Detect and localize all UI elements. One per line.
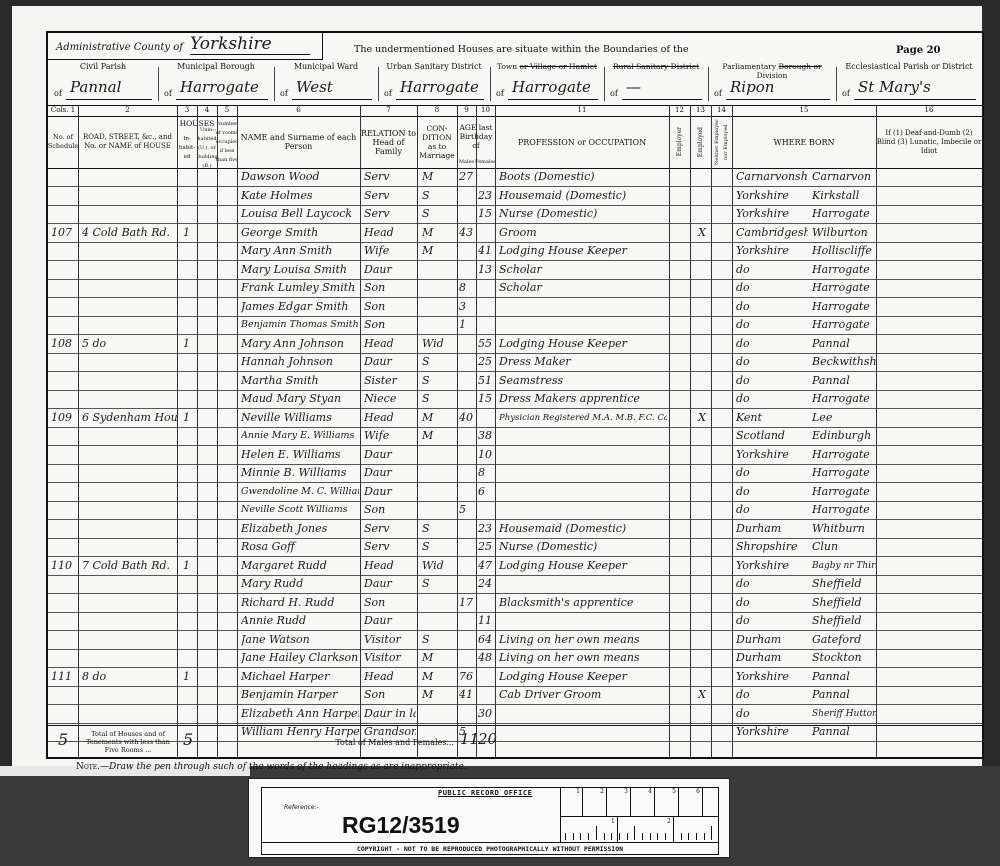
birth-county: do	[736, 279, 808, 297]
birth-place: Wilburton	[812, 224, 876, 242]
table-row: Mary Louisa SmithDaur13ScholardoHarrogat…	[48, 261, 982, 280]
occupation: Cab Driver Groom	[499, 686, 667, 704]
age-female	[478, 668, 495, 686]
schedule-number	[51, 316, 77, 334]
birth-place: Clun	[812, 538, 876, 556]
ruler-tick	[665, 833, 666, 840]
relation: Wife	[364, 242, 416, 260]
divider	[604, 67, 605, 101]
header-occupation: PROFESSION or OCCUPATION	[495, 116, 669, 168]
relation: Visitor	[364, 649, 416, 667]
relation: Daur	[364, 483, 416, 501]
employed-mark	[694, 501, 710, 519]
grid-line	[237, 105, 238, 757]
age-female	[478, 279, 495, 297]
table-row: 1096 Sydenham House1Neville WilliamsHead…	[48, 409, 982, 428]
birth-county: Kent	[736, 409, 808, 427]
birth-county: Yorkshire	[736, 668, 808, 686]
occupation	[499, 705, 667, 723]
inhabited-count: 1	[183, 224, 195, 242]
house-address	[82, 187, 177, 205]
person-name: Richard H. Rudd	[241, 594, 359, 612]
schedule-number: 107	[51, 224, 77, 242]
age-male: 3	[459, 298, 476, 316]
divider	[274, 67, 275, 101]
schedule-number	[51, 705, 77, 723]
person-name: Rosa Goff	[241, 538, 359, 556]
birth-place: Lee	[812, 409, 876, 427]
relation: Sister	[364, 372, 416, 390]
birth-county: Scotland	[736, 427, 808, 445]
age-female	[478, 168, 495, 186]
inhabited-count	[183, 483, 195, 501]
house-address	[82, 298, 177, 316]
inhabited-count	[183, 446, 195, 464]
person-name: Margaret Rudd	[241, 557, 359, 575]
county-value: Yorkshire	[190, 34, 310, 55]
grid-line	[476, 105, 477, 757]
ruler-tick	[604, 833, 605, 840]
birth-county: do	[736, 464, 808, 482]
birth-place: Sheffield	[812, 594, 876, 612]
district-3: Urban Sanitary DistrictofHarrogate	[378, 59, 490, 105]
relation: Serv	[364, 187, 416, 205]
employed-mark	[694, 446, 710, 464]
birth-place: Pannal	[812, 335, 876, 353]
age-male	[459, 187, 476, 205]
column-number: 2	[78, 106, 177, 114]
header-females: Females	[476, 156, 495, 168]
birth-county: Carnarvonshire	[736, 168, 808, 186]
birth-county: do	[736, 353, 808, 371]
column-number: 8	[417, 106, 457, 114]
marital-condition: M	[422, 668, 456, 686]
person-name: Jane Watson	[241, 631, 359, 649]
age-male	[459, 575, 476, 593]
schedule-number	[51, 464, 77, 482]
table-row: Louisa Bell LaycockServS15Nurse (Domesti…	[48, 205, 982, 224]
ruler-tick	[681, 833, 682, 840]
inhabited-count	[183, 298, 195, 316]
schedule-number: 109	[51, 409, 77, 427]
person-name: Mary Louisa Smith	[241, 261, 359, 279]
county-box: Administrative County of Yorkshire	[48, 33, 323, 60]
age-female: 15	[478, 390, 495, 408]
age-female: 11	[478, 612, 495, 630]
of-label: of	[384, 89, 392, 98]
header-road: ROAD, STREET, &c., and No. or NAME of HO…	[78, 116, 177, 168]
age-female: 47	[478, 557, 495, 575]
census-form: Administrative County of Yorkshire The u…	[46, 31, 984, 759]
table-row: Minnie B. WilliamsDaur8doHarrogate	[48, 464, 982, 483]
house-address	[82, 483, 177, 501]
district-1: Municipal BoroughofHarrogate	[158, 59, 274, 105]
table-row: Maud Mary StyanNieceS15Dress Makers appr…	[48, 390, 982, 409]
schedule-number: 108	[51, 335, 77, 353]
birth-place: Pannal	[812, 372, 876, 390]
ruler-tick	[627, 833, 628, 840]
age-female: 15	[478, 205, 495, 223]
marital-condition: S	[422, 187, 456, 205]
birth-county: do	[736, 335, 808, 353]
birth-place: Kirkstall	[812, 187, 876, 205]
relation: Serv	[364, 168, 416, 186]
header-name: NAME and Surname of each Person	[237, 116, 360, 168]
relation: Daur	[364, 446, 416, 464]
marital-condition: S	[422, 520, 456, 538]
relation: Son	[364, 298, 416, 316]
header-inhabited: In-habit-ed	[177, 128, 197, 168]
relation: Daur	[364, 612, 416, 630]
house-address	[82, 594, 177, 612]
occupation: Living on her own means	[499, 649, 667, 667]
header-uninhabited: Unin-habited (U.), or Building (B.)	[197, 128, 217, 168]
district-title: Urban Sanitary District	[378, 62, 490, 71]
table-row: Richard H. RuddSon17Blacksmith's apprent…	[48, 594, 982, 613]
county-label: Administrative County of	[56, 42, 183, 53]
occupation: Seamstress	[499, 372, 667, 390]
occupation: Lodging House Keeper	[499, 668, 667, 686]
district-headers: Civil ParishofPannalMunicipal BoroughofH…	[48, 59, 982, 106]
birth-county: Durham	[736, 631, 808, 649]
marital-condition: M	[422, 168, 456, 186]
employed-mark	[694, 187, 710, 205]
marital-condition: S	[422, 575, 456, 593]
occupation	[499, 427, 667, 445]
age-male	[459, 427, 476, 445]
ruler-tick	[596, 826, 597, 840]
occupation: Nurse (Domestic)	[499, 205, 667, 223]
district-title: Municipal Borough	[158, 62, 274, 71]
house-address	[82, 205, 177, 223]
column-number: 14	[711, 106, 732, 114]
table-row: Mary Ann SmithWifeM41Lodging House Keepe…	[48, 242, 982, 261]
schedule-number	[51, 520, 77, 538]
employed-mark	[694, 464, 710, 482]
age-male: 43	[459, 224, 476, 242]
person-name: Michael Harper	[241, 668, 359, 686]
employed-mark	[694, 631, 710, 649]
grid-line	[711, 105, 712, 757]
house-address	[82, 279, 177, 297]
person-name: Kate Holmes	[241, 187, 359, 205]
header-employed: Employed	[690, 116, 711, 168]
divider	[490, 67, 491, 101]
schedule-number	[51, 538, 77, 556]
house-address	[82, 686, 177, 704]
grid-line	[876, 105, 877, 757]
person-name: Minnie B. Williams	[241, 464, 359, 482]
person-name: Jane Hailey Clarkson	[241, 649, 359, 667]
ruler-tick	[696, 833, 697, 840]
grid-line	[360, 105, 361, 757]
marital-condition: S	[422, 631, 456, 649]
birth-county: do	[736, 705, 808, 723]
house-address	[82, 538, 177, 556]
table-row: Martha SmithSisterS51SeamstressdoPannal	[48, 372, 982, 391]
relation: Head	[364, 335, 416, 353]
occupation: Lodging House Keeper	[499, 335, 667, 353]
district-title: Town or Village or Hamlet	[490, 62, 604, 71]
table-row: Jane WatsonVisitorS64Living on her own m…	[48, 631, 982, 650]
district-2: Municipal WardofWest	[274, 59, 378, 105]
employed-mark	[694, 372, 710, 390]
person-name: Hannah Johnson	[241, 353, 359, 371]
age-male	[459, 612, 476, 630]
marital-condition	[422, 464, 456, 482]
district-value: Ripon	[726, 78, 830, 100]
relation: Daur	[364, 464, 416, 482]
column-number: 15	[732, 106, 876, 114]
marital-condition: M	[422, 242, 456, 260]
ruler-tick	[650, 833, 651, 840]
ruler-inch-mark: 2	[667, 818, 671, 825]
birth-county: do	[736, 483, 808, 501]
birth-place: Bagby nr Thirsk	[812, 557, 876, 575]
table-row: James Edgar SmithSon3doHarrogate	[48, 298, 982, 317]
age-female: 25	[478, 538, 495, 556]
schedule-number: 110	[51, 557, 77, 575]
occupation: Lodging House Keeper	[499, 242, 667, 260]
header-neither: Neither Employer nor Employed	[711, 116, 732, 168]
inhabited-count: 1	[183, 335, 195, 353]
age-female: 23	[478, 187, 495, 205]
person-name: Gwendoline M. C. Williams	[241, 483, 359, 501]
birth-place: Sheffield	[812, 575, 876, 593]
person-name: Benjamin Thomas Smith	[241, 316, 359, 334]
age-male: 8	[459, 279, 476, 297]
person-name: Mary Ann Johnson	[241, 335, 359, 353]
marital-condition: S	[422, 372, 456, 390]
occupation: Groom	[499, 224, 667, 242]
occupation: Dress Makers apprentice	[499, 390, 667, 408]
table-row: Rosa GoffServS25Nurse (Domestic)Shropshi…	[48, 538, 982, 557]
employed-mark	[694, 390, 710, 408]
birth-place: Holliscliffe	[812, 242, 876, 260]
inhabited-count	[183, 612, 195, 630]
person-name: Mary Rudd	[241, 575, 359, 593]
house-address: 4 Cold Bath Rd.	[82, 224, 177, 242]
birth-county: do	[736, 686, 808, 704]
employed-mark	[694, 427, 710, 445]
column-number: 6	[237, 106, 360, 114]
age-male: 5	[459, 501, 476, 519]
marital-condition	[422, 612, 456, 630]
marital-condition	[422, 298, 456, 316]
occupation: Scholar	[499, 279, 667, 297]
header-rooms: Number of rooms occupied if less than fi…	[217, 116, 237, 168]
birth-place: Beckwithshaw	[812, 353, 876, 371]
house-address	[82, 427, 177, 445]
district-value: Pannal	[66, 78, 152, 100]
ruler-tick	[588, 833, 589, 840]
table-row: Annie Mary E. WilliamsWifeM38ScotlandEdi…	[48, 427, 982, 446]
ruler-tick	[565, 833, 566, 840]
form-top-header: Administrative County of Yorkshire The u…	[48, 33, 982, 59]
birth-county: Yorkshire	[736, 446, 808, 464]
age-female	[478, 409, 495, 427]
house-address	[82, 501, 177, 519]
relation: Visitor	[364, 631, 416, 649]
column-number: Cols. 1	[48, 106, 78, 114]
ruler-cm-mark: 4	[633, 788, 655, 816]
person-name: Martha Smith	[241, 372, 359, 390]
schedule-number	[51, 390, 77, 408]
schedule-number	[51, 187, 77, 205]
table-row: Gwendoline M. C. WilliamsDaur6doHarrogat…	[48, 483, 982, 502]
district-title: Ecclesiastical Parish or District	[836, 62, 982, 71]
district-value: St Mary's	[854, 78, 976, 100]
schedule-number	[51, 631, 77, 649]
marital-condition	[422, 279, 456, 297]
column-number: 10	[476, 106, 495, 114]
occupation: Lodging House Keeper	[499, 557, 667, 575]
age-male	[459, 446, 476, 464]
birth-place: Harrogate	[812, 390, 876, 408]
schedule-number	[51, 427, 77, 445]
marital-condition: S	[422, 353, 456, 371]
grid-line	[690, 105, 691, 757]
birth-county: Yorkshire	[736, 557, 808, 575]
relation: Son	[364, 279, 416, 297]
schedule-number	[51, 446, 77, 464]
header-employer: Employer	[669, 116, 690, 168]
birth-place: Harrogate	[812, 316, 876, 334]
relation: Son	[364, 594, 416, 612]
occupation	[499, 464, 667, 482]
table-row: 1118 do1Michael HarperHeadM76Lodging Hou…	[48, 668, 982, 687]
birth-county: Yorkshire	[736, 205, 808, 223]
ruler-cm-mark: 5	[657, 788, 679, 816]
district-title: Civil Parish	[48, 62, 158, 71]
age-male	[459, 335, 476, 353]
age-female	[478, 501, 495, 519]
grid-line	[417, 105, 418, 757]
schedule-number	[51, 279, 77, 297]
total-houses-label: Total of Houses and of Tenements with le…	[82, 730, 174, 754]
inhabited-count	[183, 538, 195, 556]
inhabited-count	[183, 242, 195, 260]
relation: Head	[364, 668, 416, 686]
marital-condition: M	[422, 649, 456, 667]
age-female: 10	[478, 446, 495, 464]
age-female: 25	[478, 353, 495, 371]
ruler-tick	[688, 833, 689, 840]
age-male	[459, 205, 476, 223]
inhabited-count	[183, 686, 195, 704]
person-name: Neville Williams	[241, 409, 359, 427]
inhabited-count	[183, 372, 195, 390]
age-male	[459, 520, 476, 538]
birth-county: do	[736, 390, 808, 408]
occupation	[499, 483, 667, 501]
relation: Serv	[364, 538, 416, 556]
birth-county: Cambridgeshire	[736, 224, 808, 242]
district-4: Town or Village or HamletofHarrogate	[490, 59, 604, 105]
reference-label: Reference:-	[284, 804, 319, 811]
age-female: 6	[478, 483, 495, 501]
schedule-number	[51, 168, 77, 186]
relation: Serv	[364, 520, 416, 538]
schedule-number	[51, 372, 77, 390]
district-value: Harrogate	[508, 78, 598, 100]
table-row: Helen E. WilliamsDaur10YorkshireHarrogat…	[48, 446, 982, 465]
ruler-tick	[704, 833, 705, 840]
column-number: 3	[177, 106, 197, 114]
age-male: 41	[459, 686, 476, 704]
grid-line	[197, 105, 198, 757]
birth-county: Shropshire	[736, 538, 808, 556]
birth-place: Sheffield	[812, 612, 876, 630]
ruler-cm-mark: 3	[609, 788, 631, 816]
inhabited-count: 1	[183, 668, 195, 686]
person-name: Helen E. Williams	[241, 446, 359, 464]
column-number: 11	[495, 106, 669, 114]
ruler-tick	[657, 833, 658, 840]
schedule-number	[51, 501, 77, 519]
age-male	[459, 483, 476, 501]
person-name: Frank Lumley Smith	[241, 279, 359, 297]
schedule-number	[51, 649, 77, 667]
employed-mark	[694, 261, 710, 279]
employed-mark	[694, 483, 710, 501]
employed-mark	[694, 612, 710, 630]
occupation: Dress Maker	[499, 353, 667, 371]
relation: Head	[364, 557, 416, 575]
header-males: Males	[457, 156, 476, 168]
total-persons-label: Total of Males and Females...	[308, 738, 454, 747]
birth-county: do	[736, 501, 808, 519]
person-name: Mary Ann Smith	[241, 242, 359, 260]
schedule-number	[51, 483, 77, 501]
of-label: of	[54, 89, 62, 98]
occupation: Scholar	[499, 261, 667, 279]
inhabited-count	[183, 390, 195, 408]
person-name: Elizabeth Ann Harper	[241, 705, 359, 723]
age-female: 30	[478, 705, 495, 723]
person-name: Benjamin Harper	[241, 686, 359, 704]
birth-place: Harrogate	[812, 464, 876, 482]
age-male	[459, 538, 476, 556]
age-male	[459, 557, 476, 575]
ruler-tick	[619, 833, 620, 840]
birth-place: Harrogate	[812, 205, 876, 223]
age-female: 23	[478, 520, 495, 538]
inhabited-count	[183, 501, 195, 519]
age-male	[459, 261, 476, 279]
employed-mark	[694, 316, 710, 334]
inhabited-count	[183, 649, 195, 667]
birth-county: Durham	[736, 520, 808, 538]
grid-line	[732, 105, 733, 757]
reference-number: RG12/3519	[342, 812, 460, 839]
inhabited-count	[183, 427, 195, 445]
age-female: 41	[478, 242, 495, 260]
table-row: 1107 Cold Bath Rd.1Margaret RuddHeadWid4…	[48, 557, 982, 576]
age-male	[459, 242, 476, 260]
birth-county: do	[736, 575, 808, 593]
header-relation: RELATION to Head of Family	[360, 116, 417, 168]
district-title: Rural Sanitary District	[604, 62, 708, 71]
relation: Head	[364, 409, 416, 427]
grid-line	[457, 105, 458, 757]
age-male	[459, 631, 476, 649]
person-name: Neville Scott Williams	[241, 501, 359, 519]
marital-condition	[422, 446, 456, 464]
district-5: Rural Sanitary Districtof—	[604, 59, 708, 105]
employed-mark: X	[694, 686, 710, 704]
marital-condition: Wid	[422, 335, 456, 353]
